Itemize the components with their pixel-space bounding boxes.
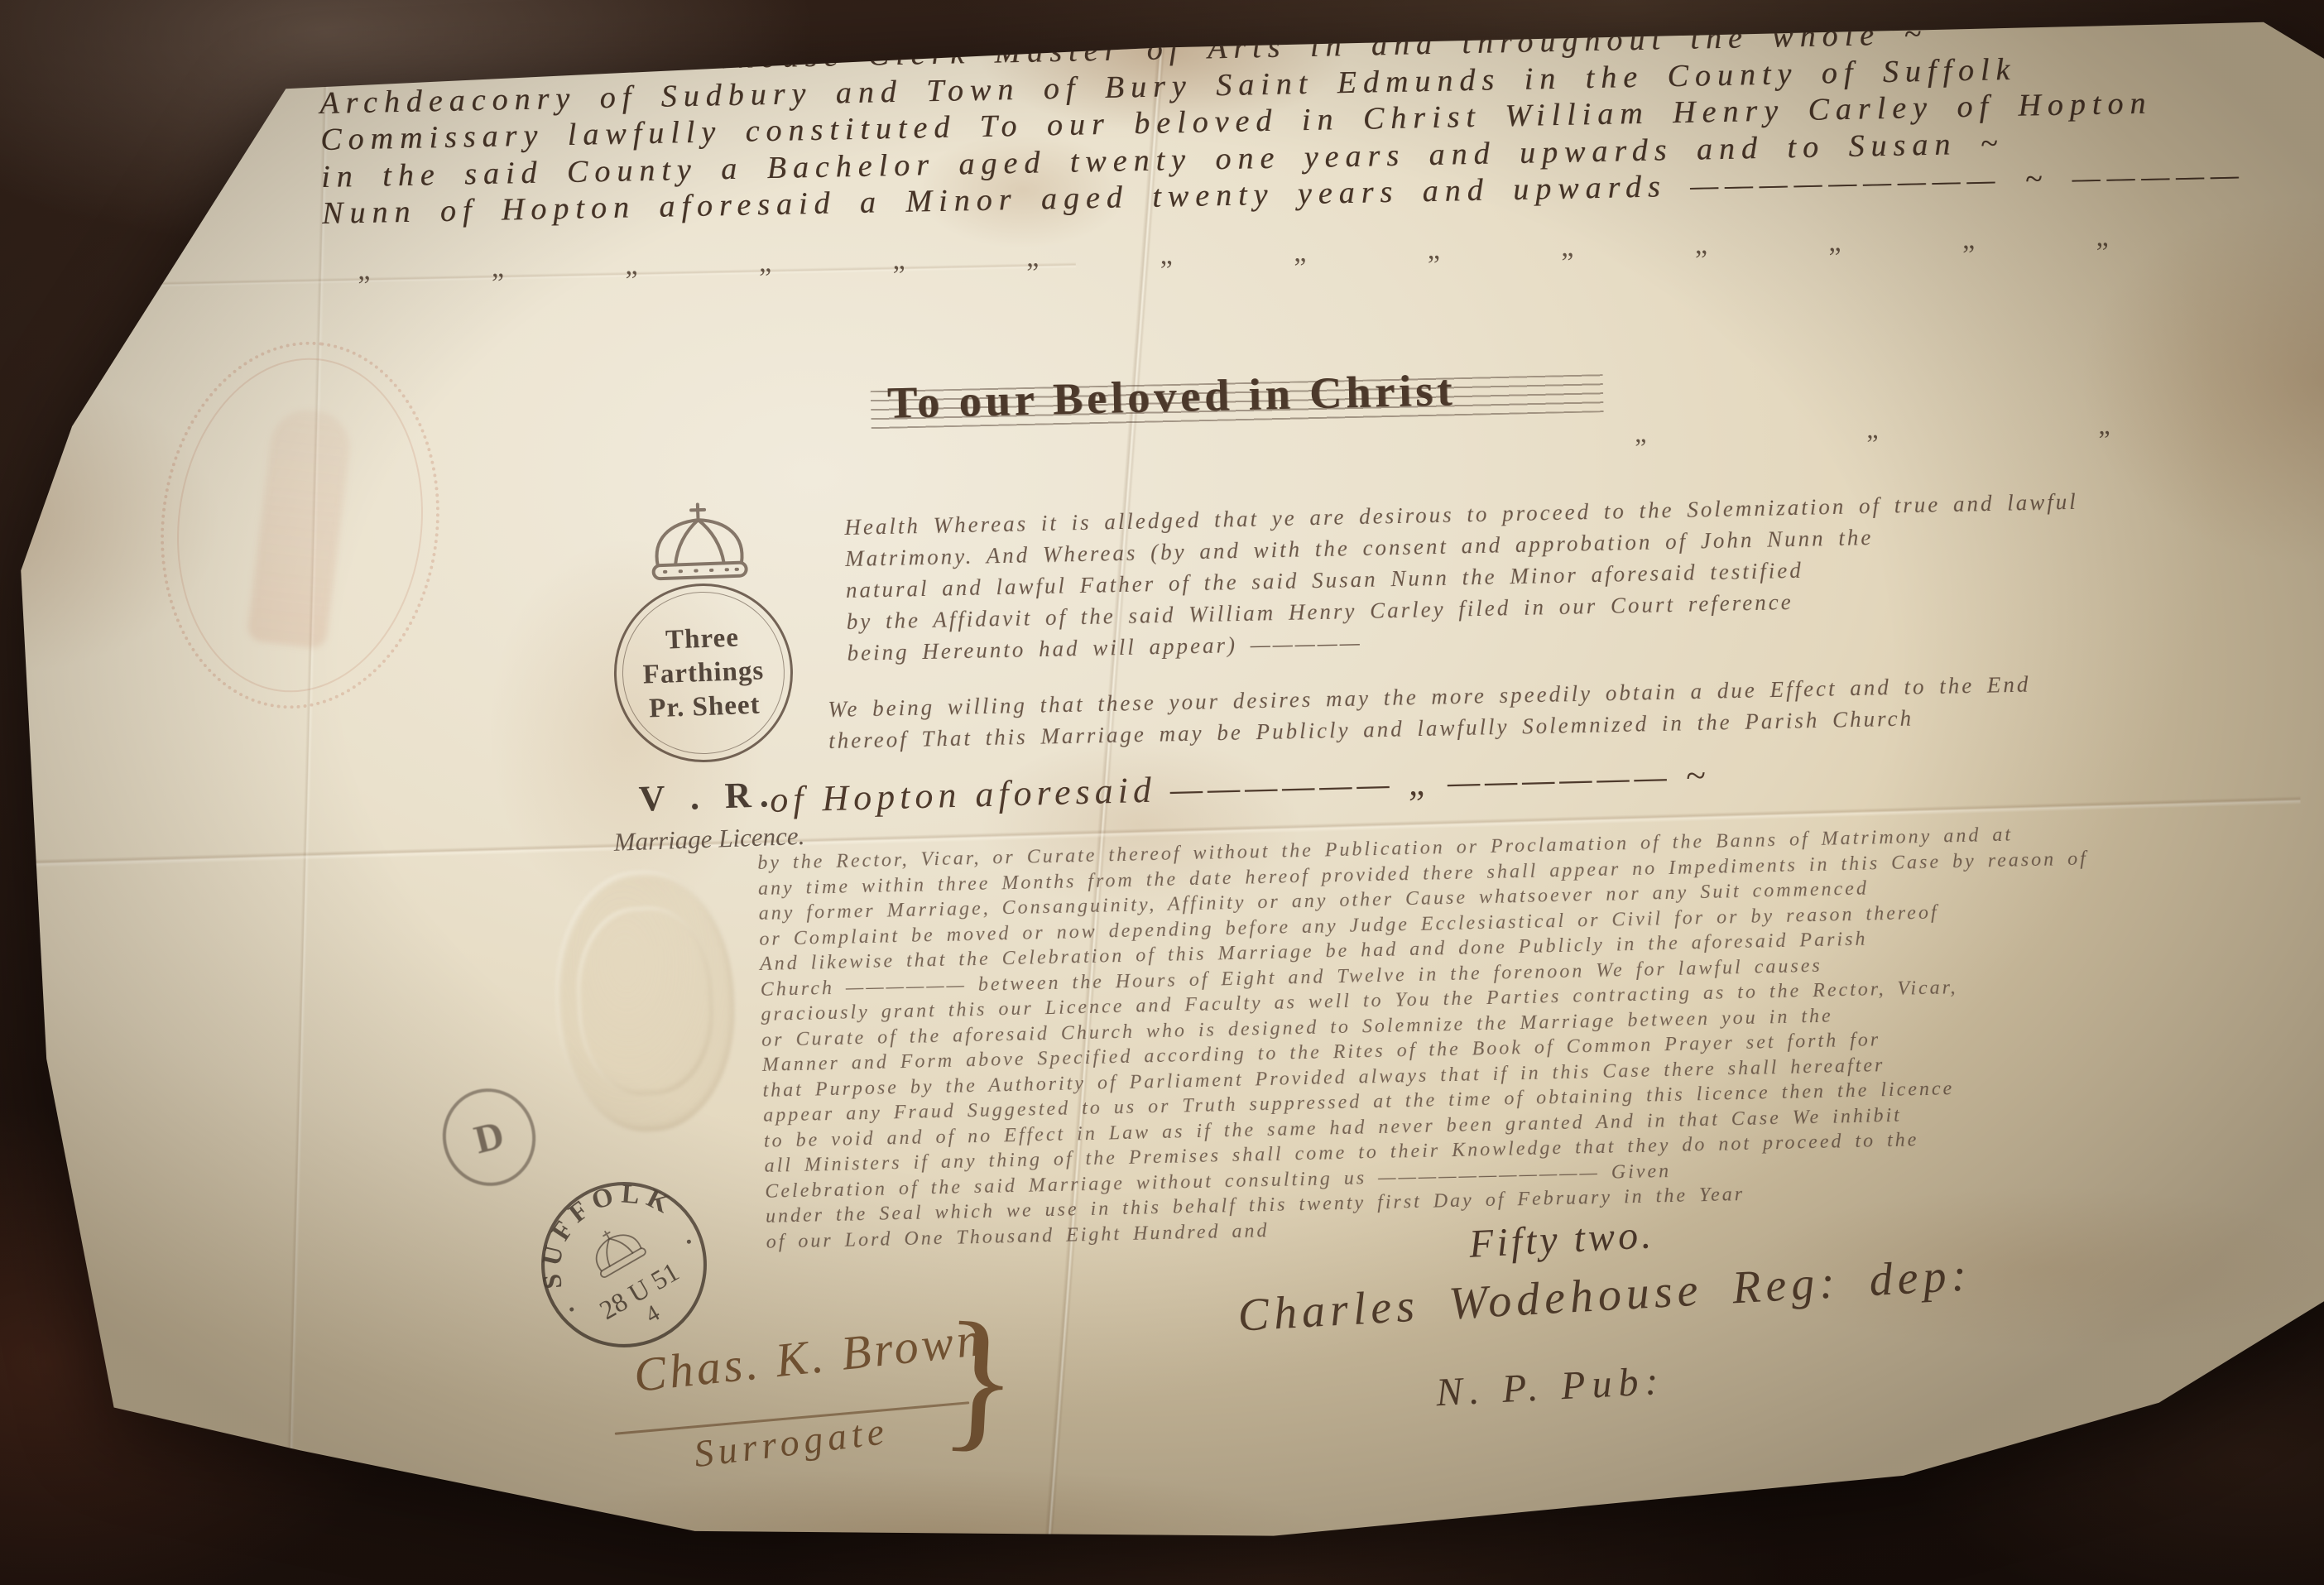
embossed-blind-seal (550, 867, 741, 1136)
grant-paragraph: We being willing that these your desires… (828, 669, 2032, 756)
ditto-marks-row: „ „ „ „ „ „ „ „ „ „ „ „ „ „ (358, 222, 2109, 287)
opening-address: Charles Nourse Wodehouse Clerk Master of… (319, 9, 2245, 232)
notary-public-line: N. P. Pub: (1435, 1358, 1666, 1415)
duty-stamp-text: Farthings (616, 653, 790, 693)
excise-d-letter: D (470, 1112, 509, 1163)
faint-red-wax-seal (140, 325, 460, 725)
parish-name-manuscript-insert: of Hopton aforesaid —————— „ —————— ~ (770, 754, 1712, 821)
crown-icon (627, 491, 770, 588)
excise-d-stamp: D (432, 1078, 545, 1196)
duty-stamp-circle: Three Farthings Pr. Sheet (611, 580, 795, 765)
parchment-document: Charles Nourse Wodehouse Clerk Master of… (0, 0, 2324, 1585)
year-manuscript-insert: Fifty two. (1468, 1212, 1656, 1267)
parchment-shadow-wrap: Charles Nourse Wodehouse Clerk Master of… (0, 0, 2324, 1585)
gothic-heading: To our Beloved in Christ (886, 364, 1456, 429)
allegation-paragraph: Health Whereas it is alledged that ye ar… (844, 486, 2081, 669)
registrar-signature: Charles Wodehouse Reg: dep: (1236, 1248, 1973, 1342)
ditto-marks-row: „ „ „ (1635, 410, 2110, 449)
conditions-paragraph: by the Rector, Vicar, or Curate thereof … (757, 821, 2096, 1255)
postmark-code: 4 (641, 1300, 665, 1328)
duty-stamp-text: Three (615, 619, 790, 659)
fold-crease-vertical-left (286, 83, 329, 1473)
photo-background-leather: Charles Nourse Wodehouse Clerk Master of… (0, 0, 2324, 1585)
signature-brace: } (937, 1280, 1023, 1480)
duty-stamp-text: Pr. Sheet (617, 687, 792, 727)
gothic-heading-block: To our Beloved in Christ (886, 364, 1456, 429)
